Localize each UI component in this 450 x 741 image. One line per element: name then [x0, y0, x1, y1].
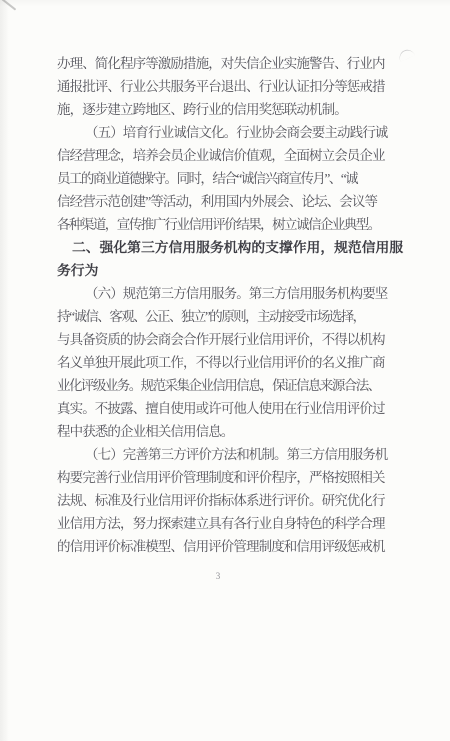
text-line: 法规、标准及行业信用评价指标体系进行评价。研究优化行 — [57, 489, 388, 512]
text-line: 通报批评、行业公共服务平台退出、行业认证扣分等惩戒措 — [57, 75, 388, 98]
page-number: 3 — [206, 571, 230, 581]
text-line: 业信用方法，努力探索建立具有各行业自身特色的科学合理 — [57, 512, 388, 535]
text-line: 持“诚信、客观、公正、独立”的原则，主动接受市场选择， — [57, 305, 388, 328]
paragraph-start-line: （七）完善第三方评价方法和机制。第三方信用服务机 — [57, 443, 388, 466]
section-heading-line: 二、强化第三方信用服务机构的支撑作用，规范信用服 — [57, 236, 388, 259]
text-line: 与具备资质的协会商会合作开展行业信用评价，不得以机构 — [57, 328, 388, 351]
scan-artifact-pencil-mark — [397, 47, 415, 62]
text-line: 真实。不披露、擅自使用或许可他人使用在行业信用评价过 — [57, 397, 388, 420]
text-line: 业化评级业务。规范采集企业信用信息，保证信息来源合法、 — [57, 374, 388, 397]
text-line: 施，逐步建立跨地区、跨行业的信用奖惩联动机制。 — [57, 98, 388, 121]
text-line: 的信用评价标准模型、信用评价管理制度和信用评级惩戒机 — [57, 535, 388, 558]
text-line: 构要完善行业信用评价管理制度和评价程序，严格按照相关 — [57, 466, 388, 489]
text-line: 名义单独开展此项工作，不得以行业信用评价的名义推广商 — [57, 351, 388, 374]
section-heading-line: 务行为 — [57, 259, 388, 282]
text-line: 程中获悉的企业相关信用信息。 — [57, 420, 388, 443]
text-line: 信经营理念，培养会员企业诚信价值观，全面树立会员企业 — [57, 144, 388, 167]
text-line: 员工的商业道德操守。同时，结合“诚信兴商宣传月”、“诚 — [57, 167, 388, 190]
text-line: 办理、简化程序等激励措施，对失信企业实施警告、行业内 — [57, 52, 388, 75]
text-line: 信经营示范创建”等活动，利用国内外展会、论坛、会议等 — [57, 190, 388, 213]
paragraph-start-line: （五）培育行业诚信文化。行业协会商会要主动践行诚 — [57, 121, 388, 144]
paragraph-start-line: （六）规范第三方信用服务。第三方信用服务机构要坚 — [57, 282, 388, 305]
scan-artifact-corner-streak — [0, 0, 16, 11]
document-body-text: 办理、简化程序等激励措施，对失信企业实施警告、行业内 通报批评、行业公共服务平台… — [57, 52, 388, 558]
text-line: 各种渠道，宣传推广行业信用评价结果，树立诚信企业典型。 — [57, 213, 388, 236]
scanned-document-page: 办理、简化程序等激励措施，对失信企业实施警告、行业内 通报批评、行业公共服务平台… — [0, 0, 450, 741]
